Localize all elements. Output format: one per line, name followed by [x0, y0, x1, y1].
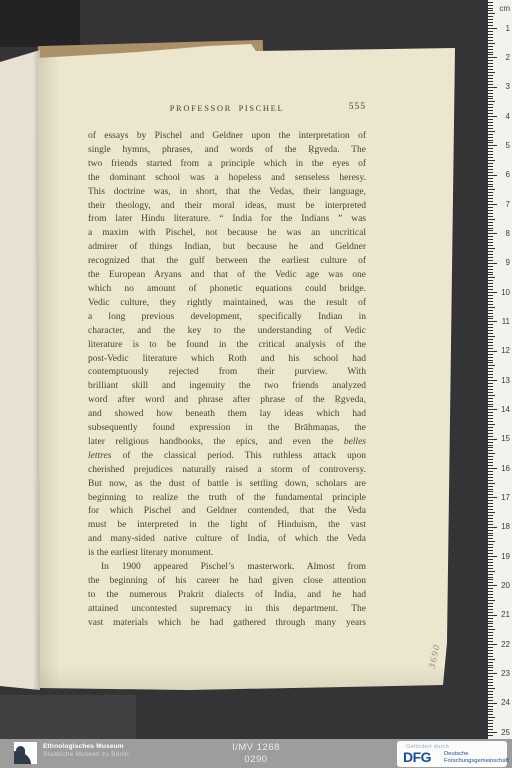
ruler-tick	[488, 524, 493, 525]
ruler-tick	[488, 538, 493, 539]
text-segment: recognized that the gulf between the ear…	[88, 256, 366, 266]
body-text: of essays by Pischel and Geldner upon th…	[88, 130, 366, 631]
ruler-tick	[488, 462, 493, 463]
text-line: vast materials which he had gathered thr…	[88, 617, 366, 631]
text-line: recognized that the gulf between the ear…	[88, 255, 366, 269]
ruler-tick	[488, 195, 493, 196]
ruler-tick	[488, 591, 493, 592]
museum-subtitle: Staatliche Museen zu Berlin	[43, 751, 129, 758]
ruler-tick	[488, 260, 493, 261]
ruler-tick	[488, 295, 493, 296]
ruler-number: 1	[494, 24, 510, 33]
ruler-tick	[488, 562, 493, 563]
ruler-tick	[488, 184, 493, 185]
text-segment: contemptuously rejected from their purvi…	[88, 367, 366, 377]
text-line: a long previous development, specificall…	[88, 311, 366, 325]
ruler-tick	[488, 140, 493, 141]
text-line: from later Hindu literature. “ India for…	[88, 213, 366, 227]
ruler-tick	[488, 304, 493, 305]
page-bottom-shade	[38, 665, 456, 691]
ruler-tick	[488, 676, 493, 677]
museum-logo-icon	[14, 742, 37, 764]
ruler-tick	[488, 84, 493, 85]
text-line: a maxim with Pischel, not because he was…	[88, 227, 366, 241]
ruler-tick	[488, 632, 493, 633]
ruler-tick	[488, 324, 493, 325]
ruler-tick	[488, 509, 493, 510]
text-line: contemptuously rejected from their purvi…	[88, 366, 366, 380]
ruler-tick	[488, 307, 495, 308]
text-segment: for which Pischel and Geldner contended,…	[88, 506, 366, 516]
text-segment: beginning to realize the truth of the fu…	[88, 493, 366, 503]
ruler-tick	[488, 25, 493, 26]
ruler-tick	[488, 245, 493, 246]
text-line: two friends started from a principle whi…	[88, 158, 366, 172]
text-segment: character, and the key to the understand…	[88, 326, 366, 336]
ruler-tick	[488, 709, 493, 710]
ruler-number: 24	[494, 698, 510, 707]
ruler-tick	[488, 43, 495, 44]
ruler-tick	[488, 66, 493, 67]
text-segment: admirer of things Indian, but because he…	[88, 242, 366, 252]
ruler-tick	[488, 357, 493, 358]
ruler-number: 14	[494, 405, 510, 414]
text-segment: post-Vedic literature which Roth and his…	[88, 354, 366, 364]
ruler-tick	[488, 222, 493, 223]
ruler-number: 12	[494, 346, 510, 355]
ruler-tick	[488, 594, 493, 595]
text-segment: the dominant school was a hopeless and s…	[88, 173, 366, 183]
text-line: lettres of the classical period. This ru…	[88, 450, 366, 464]
text-segment: their theology, and their moral ideas, m…	[88, 201, 366, 211]
ruler-tick	[488, 697, 493, 698]
ruler-tick	[488, 450, 493, 451]
ruler-tick	[488, 377, 493, 378]
ruler-number: 21	[494, 610, 510, 619]
ruler-tick	[488, 219, 495, 220]
text-line: single hymns, phrases, and words of the …	[88, 144, 366, 158]
ruler-tick	[488, 333, 493, 334]
ruler-tick	[488, 694, 493, 695]
ruler-tick	[488, 723, 493, 724]
ruler-tick	[488, 16, 493, 17]
ruler-tick	[488, 667, 493, 668]
text-segment: which no amount of phonetic equations co…	[88, 284, 366, 294]
ruler-unit-label: cm	[494, 4, 510, 13]
ruler-tick	[488, 151, 493, 152]
ruler-tick	[488, 720, 493, 721]
text-line: is the earliest literary monument.	[88, 547, 366, 561]
running-title: PROFESSOR PISCHEL	[88, 103, 366, 113]
ruler-tick	[488, 597, 493, 598]
text-line: must be interpreted in the light of Hind…	[88, 519, 366, 533]
ruler-tick	[488, 670, 493, 671]
ruler-number: 17	[494, 493, 510, 502]
ruler-tick	[488, 392, 493, 393]
item-id: I/MV 1268	[176, 742, 336, 753]
backdrop-corner	[0, 0, 80, 47]
ruler-tick	[488, 192, 493, 193]
ruler-tick	[488, 60, 493, 61]
ruler-tick	[488, 415, 493, 416]
text-segment: to the numerous Prakrit dialects of Indi…	[88, 590, 366, 600]
ruler-tick	[488, 225, 493, 226]
ruler-tick	[488, 486, 493, 487]
text-line: literature is to be found in the critica…	[88, 339, 366, 353]
ruler-tick	[488, 535, 493, 536]
dfg-logo-box: Gefördert durch DFG Deutsche Forschungsg…	[397, 741, 507, 767]
ruler-number: 8	[494, 229, 510, 238]
text-segment: subsequently found expression in the Brā…	[88, 423, 366, 433]
ruler-tick	[488, 98, 493, 99]
ruler-tick	[488, 679, 493, 680]
footer-bar: Ethnologisches Museum Staatliche Museen …	[0, 739, 512, 768]
ruler-tick	[488, 533, 493, 534]
ruler-tick	[488, 310, 493, 311]
ruler-tick	[488, 682, 493, 683]
text-segment: In 1900 appeared Pischel’s masterwork. A…	[101, 562, 366, 572]
italic-text-segment: lettres	[88, 451, 111, 461]
ruler-number: 10	[494, 288, 510, 297]
text-line: beginning to realize the truth of the fu…	[88, 492, 366, 506]
ruler-tick	[488, 207, 493, 208]
ruler-tick	[488, 553, 493, 554]
ruler-tick	[488, 579, 493, 580]
ruler-tick	[488, 96, 493, 97]
ruler-tick	[488, 283, 493, 284]
ruler-tick	[488, 656, 493, 657]
italic-text-segment: belles	[344, 437, 366, 447]
ruler-tick	[488, 389, 493, 390]
text-segment: from later Hindu literature. “ India for…	[88, 214, 366, 224]
ruler-tick	[488, 316, 493, 317]
ruler-tick	[488, 90, 493, 91]
ruler-tick	[488, 5, 493, 6]
ruler-number: 16	[494, 464, 510, 473]
ruler-tick	[488, 726, 493, 727]
ruler-tick	[488, 125, 493, 126]
ruler-number: 25	[494, 728, 510, 737]
ruler-tick	[488, 181, 493, 182]
ruler-tick	[488, 34, 493, 35]
ruler-tick	[488, 52, 493, 53]
ruler-tick	[488, 251, 493, 252]
text-segment: single hymns, phrases, and words of the …	[88, 145, 366, 155]
ruler-tick	[488, 442, 493, 443]
ruler-tick	[488, 49, 493, 50]
ruler-tick	[488, 286, 493, 287]
text-segment: word after word and phrase after phrase …	[88, 395, 366, 405]
ruler-tick	[488, 612, 493, 613]
ruler-number: 6	[494, 170, 510, 179]
ruler-tick	[488, 354, 493, 355]
museum-name: Ethnologisches Museum	[43, 743, 124, 750]
ruler-tick	[488, 75, 493, 76]
ruler-tick	[488, 327, 493, 328]
ruler-tick	[488, 685, 493, 686]
ruler-tick	[488, 107, 493, 108]
ruler-tick	[488, 301, 493, 302]
ruler-tick	[488, 2, 493, 3]
ruler-tick	[488, 360, 493, 361]
text-line: This doctrine was, in short, that the Ve…	[88, 186, 366, 200]
ruler-tick	[488, 395, 495, 396]
ruler-tick	[488, 735, 493, 736]
ruler-tick	[488, 342, 493, 343]
text-segment: the beginning of his career he had given…	[88, 576, 366, 586]
text-line: attained uncontested supremacy in this d…	[88, 603, 366, 617]
ruler-tick	[488, 198, 493, 199]
text-segment: later religious handbooks, the epics, an…	[88, 437, 344, 447]
text-line: the European Aryans and that of the Vedi…	[88, 269, 366, 283]
text-segment: two friends started from a principle whi…	[88, 159, 366, 169]
text-line: brilliant skill and ingenuity the two fr…	[88, 380, 366, 394]
ruler-tick	[488, 662, 493, 663]
ruler-tick	[488, 512, 495, 513]
page-header: PROFESSOR PISCHEL 555	[88, 103, 366, 116]
ruler-tick	[488, 228, 493, 229]
ruler-tick	[488, 277, 495, 278]
ruler-tick	[488, 609, 493, 610]
text-line: which no amount of phonetic equations co…	[88, 283, 366, 297]
dfg-wordmark: DFG	[403, 749, 431, 765]
ruler-tick	[488, 445, 493, 446]
ruler-number: 19	[494, 552, 510, 561]
ruler-number: 18	[494, 522, 510, 531]
dfg-org-name: Deutsche Forschungsgemeinschaft	[444, 751, 509, 764]
ruler-tick	[488, 374, 493, 375]
text-segment: a maxim with Pischel, not because he was…	[88, 228, 366, 238]
text-segment: is the earliest literary monument.	[88, 548, 213, 558]
ruler-tick	[488, 154, 493, 155]
ruler-tick	[488, 119, 493, 120]
ruler-tick	[488, 81, 493, 82]
ruler-tick	[488, 412, 493, 413]
ruler-tick	[488, 189, 495, 190]
ruler-tick	[488, 688, 495, 689]
ruler-tick	[488, 339, 493, 340]
ruler-tick	[488, 453, 495, 454]
ruler-tick	[488, 404, 493, 405]
ruler-tick	[488, 574, 493, 575]
text-line: post-Vedic literature which Roth and his…	[88, 353, 366, 367]
ruler-tick	[488, 565, 493, 566]
ruler-tick	[488, 541, 495, 542]
ruler-tick	[488, 494, 493, 495]
text-line: and showed how beneath them lay ideas wh…	[88, 408, 366, 422]
ruler-tick	[488, 213, 493, 214]
ruler-tick	[488, 717, 495, 718]
ruler-tick	[488, 418, 493, 419]
ruler-tick	[488, 650, 493, 651]
text-segment: and showed how beneath them lay ideas wh…	[88, 409, 366, 419]
ruler-tick	[488, 371, 493, 372]
ruler-tick	[488, 500, 493, 501]
ruler-tick	[488, 618, 493, 619]
ruler-tick	[488, 465, 493, 466]
ruler-tick	[488, 131, 495, 132]
ruler-tick	[488, 216, 493, 217]
ruler-tick	[488, 230, 493, 231]
ruler-tick	[488, 142, 493, 143]
ruler-tick	[488, 659, 495, 660]
ruler-tick	[488, 19, 493, 20]
ruler-tick	[488, 101, 495, 102]
ruler-tick	[488, 406, 493, 407]
text-segment: must be interpreted in the light of Hind…	[88, 520, 366, 530]
ruler-tick	[488, 518, 493, 519]
ruler-number: 5	[494, 141, 510, 150]
ruler-tick	[488, 289, 493, 290]
ruler-tick	[488, 348, 493, 349]
backdrop-shadow-patch	[0, 695, 136, 739]
ruler-tick	[488, 330, 493, 331]
ruler-tick	[488, 641, 493, 642]
ruler-tick	[488, 421, 493, 422]
ruler-tick	[488, 40, 493, 41]
ruler-tick	[488, 93, 493, 94]
ruler-tick	[488, 521, 493, 522]
ruler-tick	[488, 242, 493, 243]
ruler-tick	[488, 477, 493, 478]
ruler-tick	[488, 559, 493, 560]
ruler-tick	[488, 430, 493, 431]
ruler-tick	[488, 638, 493, 639]
dfg-org-name-line2: Forschungsgemeinschaft	[444, 758, 509, 765]
text-segment: the European Aryans and that of the Vedi…	[88, 270, 366, 280]
ruler-tick	[488, 424, 495, 425]
ruler-tick	[488, 272, 493, 273]
text-line: admirer of things Indian, but because he…	[88, 241, 366, 255]
text-line: their theology, and their moral ideas, m…	[88, 200, 366, 214]
page-gutter-shade	[38, 43, 60, 691]
ruler-number: 22	[494, 640, 510, 649]
ruler-tick	[488, 157, 493, 158]
ruler-tick	[488, 274, 493, 275]
text-line: and many-sided native culture of India, …	[88, 533, 366, 547]
ruler-number: 4	[494, 112, 510, 121]
ruler-number: 7	[494, 200, 510, 209]
ruler-tick	[488, 113, 493, 114]
ruler-tick	[488, 623, 493, 624]
text-line: In 1900 appeared Pischel’s masterwork. A…	[88, 561, 366, 575]
ruler-tick	[488, 503, 493, 504]
ruler-tick	[488, 13, 495, 14]
text-segment: But now, as the dust of battle is settli…	[88, 479, 366, 489]
ruler-tick	[488, 163, 493, 164]
ruler-tick	[488, 621, 493, 622]
ruler-tick	[488, 368, 493, 369]
ruler-tick	[488, 72, 495, 73]
ruler-tick	[488, 582, 493, 583]
text-segment: brilliant skill and ingenuity the two fr…	[88, 381, 366, 391]
ruler-tick	[488, 383, 493, 384]
ruler-tick	[488, 8, 493, 9]
ruler-tick	[488, 178, 493, 179]
text-line: cherished prejudices naturally raised a …	[88, 464, 366, 478]
ruler-tick	[488, 254, 493, 255]
ruler-tick	[488, 280, 493, 281]
ruler-tick	[488, 110, 493, 111]
ruler-tick	[488, 711, 493, 712]
ruler-tick	[488, 547, 493, 548]
item-scan-number: 0290	[176, 754, 336, 765]
text-segment: This doctrine was, in short, that the Ve…	[88, 187, 366, 197]
ruler: cm 1234567891011121314151617181920212223…	[488, 0, 512, 740]
ruler-tick	[488, 169, 493, 170]
text-line: to the numerous Prakrit dialects of Indi…	[88, 589, 366, 603]
ruler-tick	[488, 600, 495, 601]
ruler-tick	[488, 22, 493, 23]
ruler-tick	[488, 31, 493, 32]
text-segment: attained uncontested supremacy in this d…	[88, 604, 366, 614]
ruler-tick	[488, 386, 493, 387]
ruler-number: 15	[494, 434, 510, 443]
ruler-tick	[488, 427, 493, 428]
ruler-tick	[488, 54, 493, 55]
ruler-tick	[488, 186, 493, 187]
ruler-tick	[488, 483, 495, 484]
page-number: 555	[349, 102, 366, 112]
ruler-tick	[488, 544, 493, 545]
ruler-tick	[488, 665, 493, 666]
ruler-tick	[488, 128, 493, 129]
ruler-tick	[488, 577, 493, 578]
ruler-tick	[488, 436, 493, 437]
ruler-number: 3	[494, 82, 510, 91]
book-page: PROFESSOR PISCHEL 555 of essays by Pisch…	[38, 43, 456, 691]
text-segment: and many-sided native culture of India, …	[88, 534, 366, 544]
ruler-tick	[488, 210, 493, 211]
ruler-tick	[488, 491, 493, 492]
ruler-tick	[488, 137, 493, 138]
ruler-tick	[488, 647, 493, 648]
ruler-tick	[488, 318, 493, 319]
ruler-number: 20	[494, 581, 510, 590]
text-segment: cherished prejudices naturally raised a …	[88, 465, 366, 475]
previous-page-edge	[0, 50, 40, 690]
ruler-tick	[488, 433, 493, 434]
ruler-tick	[488, 78, 493, 79]
text-line: the beginning of his career he had given…	[88, 575, 366, 589]
ruler-number: 2	[494, 53, 510, 62]
ruler-tick	[488, 63, 493, 64]
ruler-tick	[488, 269, 493, 270]
ruler-tick	[488, 706, 493, 707]
ruler-tick	[488, 336, 495, 337]
ruler-tick	[488, 588, 493, 589]
ruler-tick	[488, 447, 493, 448]
ruler-tick	[488, 37, 493, 38]
ruler-tick	[488, 571, 495, 572]
ruler-tick	[488, 603, 493, 604]
ruler-tick	[488, 10, 493, 11]
text-line: subsequently found expression in the Brā…	[88, 422, 366, 436]
ruler-tick	[488, 606, 493, 607]
ruler-tick	[488, 201, 493, 202]
ruler-tick	[488, 550, 493, 551]
ruler-tick	[488, 345, 493, 346]
text-segment: Vedic culture, they rightly maintained, …	[88, 298, 366, 308]
ruler-tick	[488, 266, 493, 267]
ruler-tick	[488, 714, 493, 715]
dfg-org-name-line1: Deutsche	[444, 751, 509, 758]
ruler-number: 11	[494, 317, 510, 326]
text-line: later religious handbooks, the epics, an…	[88, 436, 366, 450]
ruler-tick	[488, 401, 493, 402]
ruler-tick	[488, 474, 493, 475]
scan-viewer: PROFESSOR PISCHEL 555 of essays by Pisch…	[0, 0, 512, 768]
